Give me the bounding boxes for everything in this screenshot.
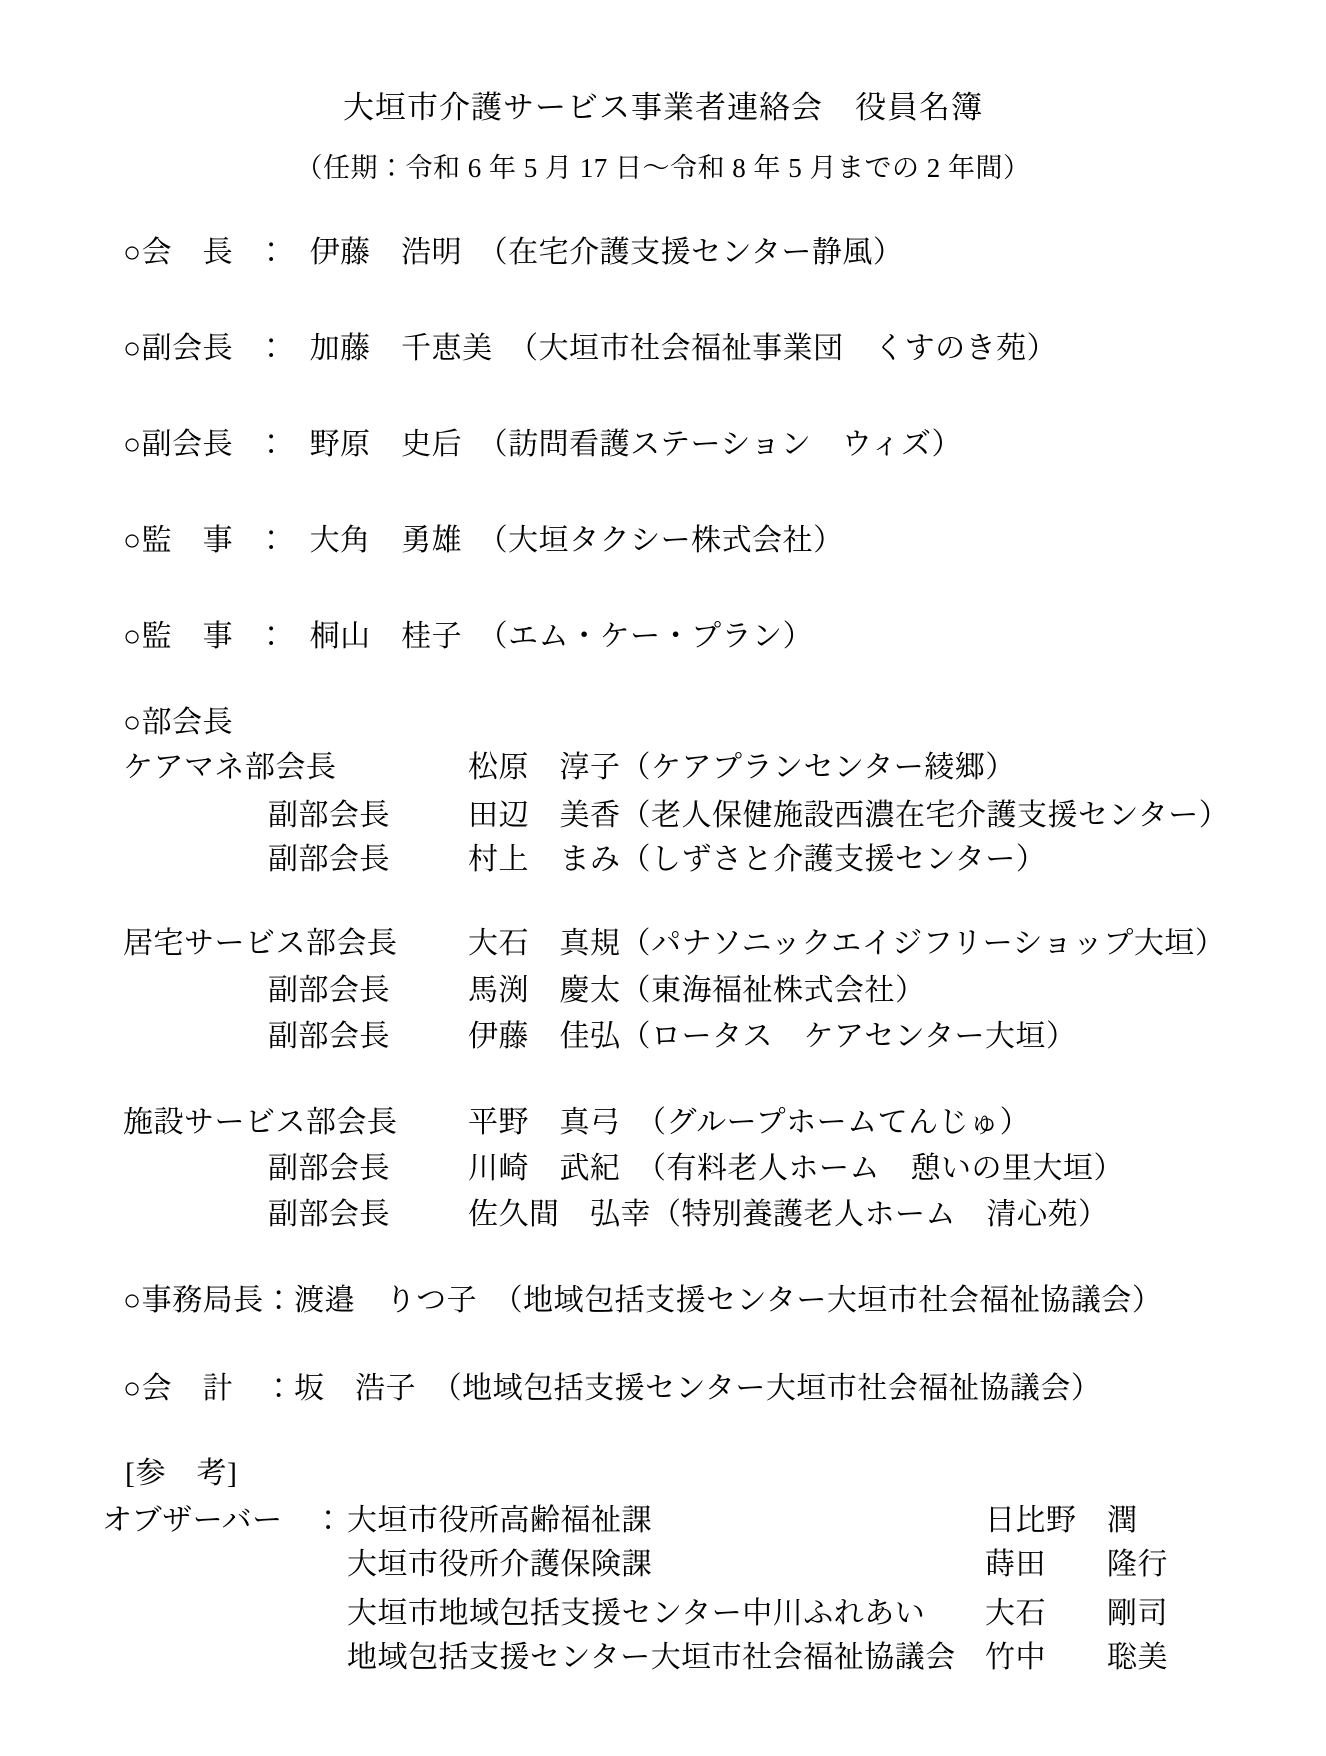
role-label: ケアマネ部会長 [123, 750, 468, 786]
role-label: 副部会長 [123, 1019, 468, 1055]
person-name: 桐山 桂子 [310, 620, 463, 653]
person-name: 佐久間 弘幸 [468, 1197, 651, 1233]
role-label: 副部会長 [123, 1151, 468, 1187]
person-name: 田辺 美香 [468, 798, 621, 834]
part-row-facility-head: 施設サービス部会長平野 真弓 （グループホームてんじゅ） [123, 1105, 1030, 1141]
observer-org: 大垣市地域包括支援センター中川ふれあい [347, 1596, 985, 1632]
person-name: 大石 真規 [468, 926, 621, 962]
person-name: 大角 勇雄 [310, 524, 463, 557]
observer-row: 地域包括支援センター大垣市社会福祉協議会竹中聡美 [102, 1640, 1168, 1676]
organization-name: （特別養護老人ホーム 清心苑） [651, 1198, 1109, 1231]
role-label: ○会 長 [123, 236, 233, 269]
observer-org: 地域包括支援センター大垣市社会福祉協議会 [347, 1640, 985, 1676]
observer-surname: 竹中 [985, 1640, 1107, 1676]
observer-givenname: 聡美 [1107, 1641, 1168, 1674]
person-name: 渡邉 りつ子 [294, 1284, 477, 1317]
role-label: ○副会長 [123, 332, 233, 365]
officer-row-auditor-2: ○監 事 ： 桐山 桂子 （エム・ケー・プラン） [123, 619, 813, 655]
person-name: 加藤 千恵美 [310, 332, 493, 365]
organization-name: （エム・ケー・プラン） [462, 620, 813, 653]
colon-separator: ： [233, 236, 310, 269]
part-row-caremanager-vice-1: 副部会長田辺 美香（老人保健施設西濃在宅介護支援センター） [123, 798, 1229, 834]
observer-givenname: 潤 [1107, 1504, 1138, 1537]
observer-givenname: 隆行 [1107, 1548, 1168, 1581]
colon-separator: ： [233, 428, 310, 461]
organization-name: （グループホームてんじゅ） [621, 1106, 1031, 1139]
observer-surname: 大石 [985, 1596, 1107, 1632]
part-row-homeservice-vice-1: 副部会長馬渕 慶太（東海福祉株式会社） [123, 973, 926, 1009]
role-label: 副部会長 [123, 1197, 468, 1233]
observer-row: 大垣市役所介護保険課蒔田隆行 [102, 1547, 1168, 1583]
organization-name: （在宅介護支援センター静風） [462, 236, 903, 269]
reference-heading: [参 考] [125, 1456, 237, 1492]
organization-name: （パナソニックエイジフリーショップ大垣） [621, 927, 1226, 960]
role-label: ○会 計 ： [123, 1372, 294, 1405]
term-note: （任期：令和 6 年 5 月 17 日～令和 8 年 5 月までの 2 年間） [0, 150, 1326, 186]
officer-row-vice-chair-1: ○副会長 ： 加藤 千恵美 （大垣市社会福祉事業団 くすのき苑） [123, 331, 1057, 367]
role-label: ○事務局長： [123, 1284, 294, 1317]
colon-separator: ： [233, 524, 310, 557]
role-label: 施設サービス部会長 [123, 1105, 468, 1141]
person-name: 川崎 武紀 [468, 1151, 621, 1187]
part-row-facility-vice-2: 副部会長佐久間 弘幸（特別養護老人ホーム 清心苑） [123, 1197, 1109, 1233]
page-title: 大垣市介護サービス事業者連絡会 役員名簿 [0, 90, 1326, 126]
role-label: 副部会長 [123, 973, 468, 1009]
observer-row: オブザーバー ：大垣市役所高齢福祉課日比野潤 [102, 1503, 1138, 1539]
role-label: ○監 事 [123, 524, 233, 557]
organization-name: （東海福祉株式会社） [621, 974, 926, 1007]
secretariat-row-director: ○事務局長：渡邉 りつ子 （地域包括支援センター大垣市社会福祉協議会） [123, 1283, 1162, 1319]
part-row-homeservice-head: 居宅サービス部会長大石 真規（パナソニックエイジフリーショップ大垣） [123, 926, 1225, 962]
organization-name: （地域包括支援センター大垣市社会福祉協議会） [416, 1372, 1101, 1405]
observer-label: オブザーバー ： [102, 1503, 347, 1539]
observer-row: 大垣市地域包括支援センター中川ふれあい大石剛司 [102, 1596, 1168, 1632]
part-row-facility-vice-1: 副部会長川崎 武紀 （有料老人ホーム 憩いの里大垣） [123, 1151, 1124, 1187]
person-name: 伊藤 浩明 [310, 236, 463, 269]
observer-org: 大垣市役所介護保険課 [347, 1547, 985, 1583]
colon-separator: ： [233, 332, 310, 365]
person-name: 馬渕 慶太 [468, 973, 621, 1009]
organization-name: （老人保健施設西濃在宅介護支援センター） [621, 799, 1230, 832]
role-label: ○副会長 [123, 428, 233, 461]
role-label: 副部会長 [123, 842, 468, 878]
organization-name: （ケアプランセンター綾郷） [621, 751, 1016, 784]
secretariat-row-accountant: ○会 計 ：坂 浩子 （地域包括支援センター大垣市社会福祉協議会） [123, 1371, 1101, 1407]
person-name: 坂 浩子 [294, 1372, 416, 1405]
organization-name: （大垣市社会福祉事業団 くすのき苑） [493, 332, 1058, 365]
observer-org: 大垣市役所高齢福祉課 [347, 1503, 985, 1539]
person-name: 平野 真弓 [468, 1105, 621, 1141]
person-name: 村上 まみ [468, 842, 621, 878]
observer-surname: 日比野 [985, 1503, 1107, 1539]
officer-row-auditor-1: ○監 事 ： 大角 勇雄 （大垣タクシー株式会社） [123, 523, 844, 559]
document-page: 大垣市介護サービス事業者連絡会 役員名簿 （任期：令和 6 年 5 月 17 日… [0, 0, 1326, 1756]
organization-name: （有料老人ホーム 憩いの里大垣） [621, 1152, 1125, 1185]
part-row-caremanager-vice-2: 副部会長村上 まみ（しずさと介護支援センター） [123, 842, 1046, 878]
organization-name: （地域包括支援センター大垣市社会福祉協議会） [477, 1284, 1162, 1317]
section-heading-buchokai: ○部会長 [123, 705, 233, 741]
part-row-homeservice-vice-2: 副部会長伊藤 佳弘（ロータス ケアセンター大垣） [123, 1019, 1077, 1055]
organization-name: （訪問看護ステーション ウィズ） [462, 428, 962, 461]
person-name: 伊藤 佳弘 [468, 1019, 621, 1055]
organization-name: （しずさと介護支援センター） [621, 843, 1047, 876]
person-name: 松原 淳子 [468, 750, 621, 786]
officer-row-vice-chair-2: ○副会長 ： 野原 史后 （訪問看護ステーション ウィズ） [123, 427, 962, 463]
organization-name: （大垣タクシー株式会社） [462, 524, 844, 557]
role-label: ○監 事 [123, 620, 233, 653]
role-label: 副部会長 [123, 798, 468, 834]
observer-givenname: 剛司 [1107, 1597, 1168, 1630]
organization-name: （ロータス ケアセンター大垣） [621, 1020, 1077, 1053]
person-name: 野原 史后 [310, 428, 463, 461]
role-label: 居宅サービス部会長 [123, 926, 468, 962]
officer-row-chairman: ○会 長 ： 伊藤 浩明 （在宅介護支援センター静風） [123, 235, 903, 271]
part-row-caremanager-head: ケアマネ部会長松原 淳子（ケアプランセンター綾郷） [123, 750, 1016, 786]
colon-separator: ： [233, 620, 310, 653]
observer-surname: 蒔田 [985, 1547, 1107, 1583]
